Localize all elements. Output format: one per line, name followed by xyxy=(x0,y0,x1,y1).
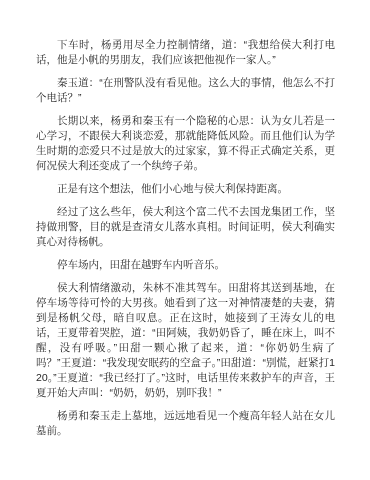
paragraph: 侯大利情绪激动，朱林不准其驾车。田甜将其送到基地，在停车场等待可怜的大男孩。她看… xyxy=(36,281,335,401)
paragraph: 正是有这个想法，他们小心地与侯大利保持距离。 xyxy=(36,182,335,197)
paragraph: 杨勇和秦玉走上墓地，远远地看见一个瘦高年轻人站在女儿墓前。 xyxy=(36,409,335,439)
paragraph: 停车场内，田甜在越野车内听音乐。 xyxy=(36,258,335,273)
reader-page: 下车时，杨勇用尽全力控制情绪，道：“我想给侯大利打电话，他是小帆的男朋友，我们应… xyxy=(0,0,370,480)
paragraph: 长期以来，杨勇和秦玉有一个隐秘的心思：认为女儿若是一心学习，不跟侯大利谈恋爱，那… xyxy=(36,114,335,174)
paragraph: 秦玉道：“在刑警队没有看见他。这么大的事情，他怎么不打个电话？” xyxy=(36,76,335,106)
paragraph: 下车时，杨勇用尽全力控制情绪，道：“我想给侯大利打电话，他是小帆的男朋友，我们应… xyxy=(36,38,335,68)
paragraph: 经过了这么些年，侯大利这个富二代不去国龙集团工作，坚持做刑警，目的就是查清女儿落… xyxy=(36,205,335,250)
